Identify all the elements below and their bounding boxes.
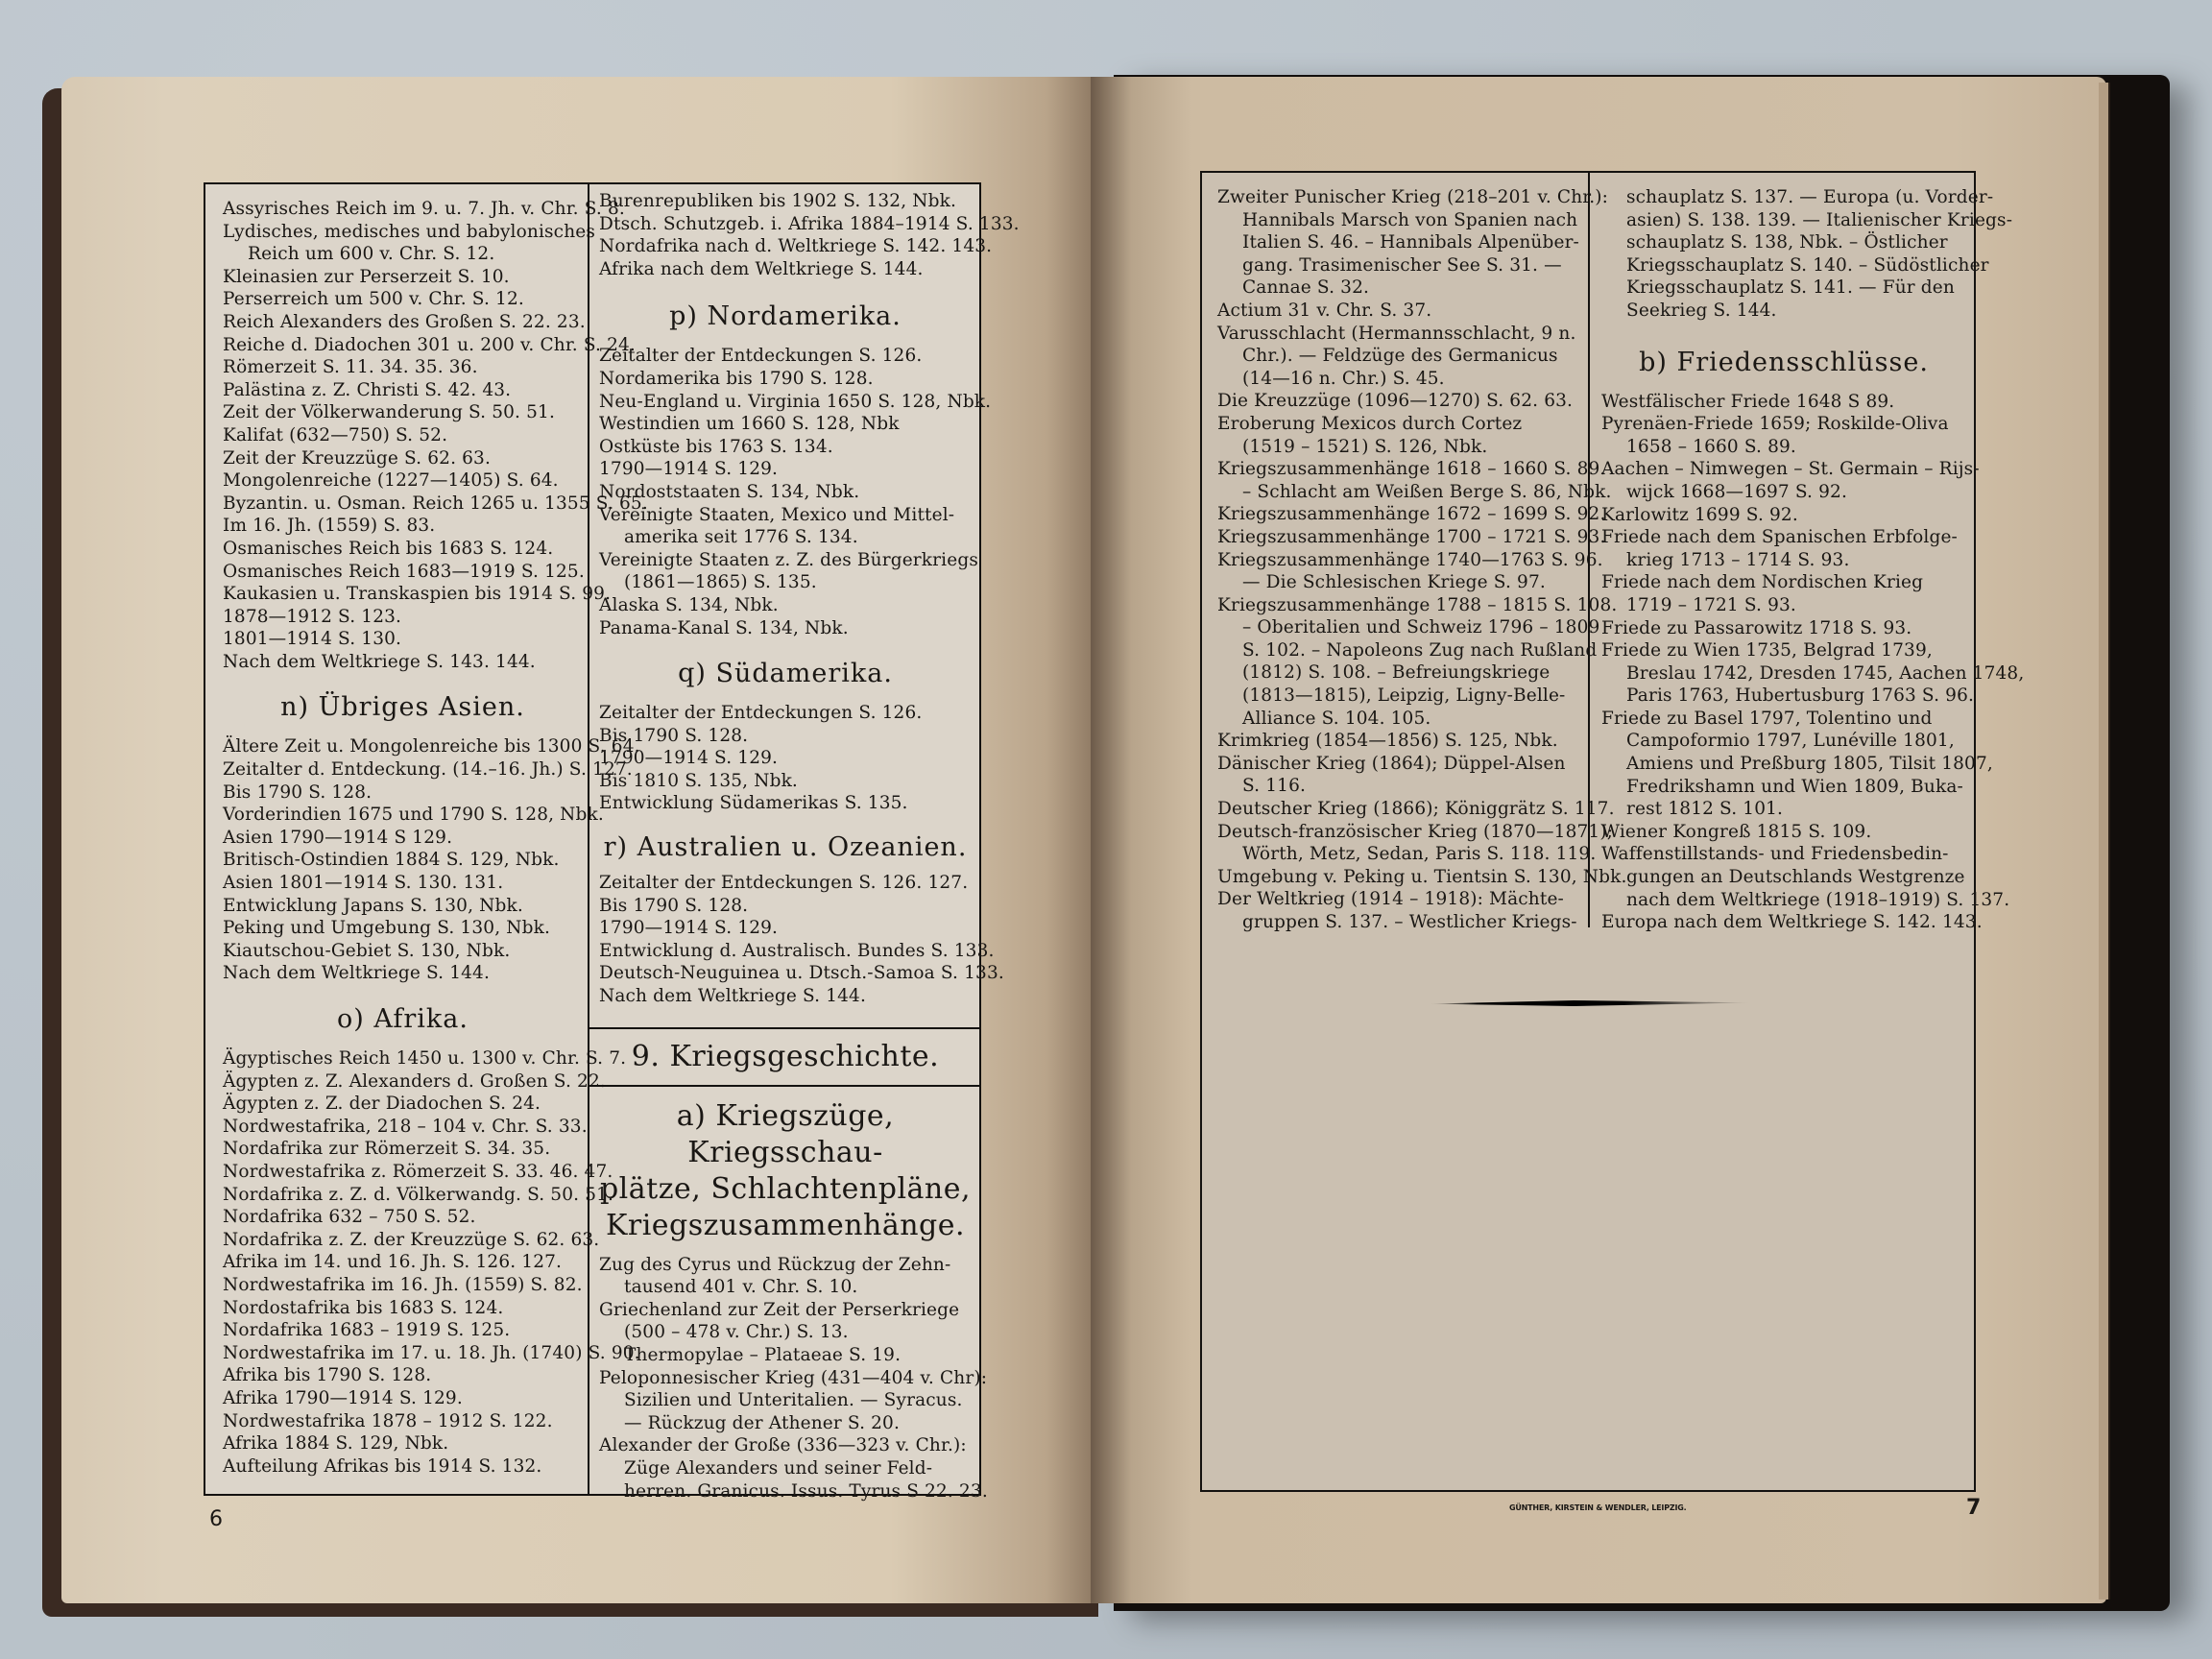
entry-text: Osmanisches Reich 1683—1919 S. 125. (223, 562, 585, 582)
index-entry: S. 102. – Napoleons Zug nach Rußland (1217, 639, 1592, 662)
entry-text: Mongolenreiche (1227—1405) S. 64. (223, 470, 559, 491)
entry-continuation: Thermopylae – Plataeae S. 19. (599, 1344, 972, 1367)
index-entry: Fredrikshamn und Wien 1809, Buka- (1601, 776, 1966, 799)
entry-text: Nordafrika z. Z. der Kreuzzüge S. 62. 63… (223, 1230, 599, 1250)
index-entry: Wiener Kongreß 1815 S. 109. (1601, 821, 1966, 844)
entry-text: Ägypten z. Z. der Diadochen S. 24. (223, 1094, 541, 1114)
index-entry: Ägypten z. Z. der Diadochen S. 24. (223, 1093, 583, 1116)
index-entry: Aufteilung Afrikas bis 1914 S. 132. (223, 1455, 583, 1479)
index-entry: Zug des Cyrus und Rückzug der Zehn-tause… (599, 1254, 972, 1299)
index-entry: Zeitalter der Entdeckungen S. 126. 127. (599, 872, 972, 895)
index-entry: Waffenstillstands- und Friedensbedin-gun… (1601, 843, 1966, 888)
entry-text: Zeitalter der Entdeckungen S. 126. (599, 346, 922, 366)
index-entry: Kriegszusammenhänge 1700 – 1721 S. 93. (1217, 526, 1592, 549)
entry-text: Europa nach dem Weltkriege S. 142. 143. (1601, 912, 1983, 932)
entry-text: Entwicklung Japans S. 130, Nbk. (223, 896, 523, 916)
chapter-heading-9: 9. Kriegsgeschichte. (589, 1039, 981, 1075)
entry-continuation: Reich um 600 v. Chr. S. 12. (223, 243, 583, 266)
index-entry: Friede nach dem Nordischen Krieg1719 – 1… (1601, 571, 1966, 616)
index-entry: Nordafrika nach d. Weltkriege S. 142. 14… (599, 235, 972, 258)
entry-continuation: gang. Trasimenischer See S. 31. — (1217, 254, 1592, 277)
index-entry: Byzantin. u. Osman. Reich 1265 u. 1355 S… (223, 493, 583, 516)
entry-continuation: Cannae S. 32. (1217, 276, 1592, 300)
entry-text: Friede zu Wien 1735, Belgrad 1739, (1601, 640, 1933, 661)
entry-text: Entwicklung d. Australisch. Bundes S. 13… (599, 941, 995, 961)
index-entry: Krimkrieg (1854—1856) S. 125, Nbk. (1217, 730, 1592, 753)
index-entry: Amiens und Preßburg 1805, Tilsit 1807, (1601, 753, 1966, 776)
entry-text: Karlowitz 1699 S. 92. (1601, 505, 1798, 525)
index-entry: Palästina z. Z. Christi S. 42. 43. (223, 379, 583, 402)
entry-text: Nach dem Weltkriege S. 144. (599, 986, 866, 1006)
index-entry: Kriegsschauplatz S. 140. – Südöstlicher (1601, 254, 1966, 277)
entry-text: Zeitalter d. Entdeckung. (14.–16. Jh.) S… (223, 759, 633, 780)
entry-text: Nordafrika 632 – 750 S. 52. (223, 1207, 476, 1227)
index-entry: Friede zu Passarowitz 1718 S. 93. (1601, 617, 1966, 640)
entry-text: Westindien um 1660 S. 128, Nbk (599, 414, 900, 434)
index-entry: Nordamerika bis 1790 S. 128. (599, 368, 972, 391)
entry-continuation: rest 1812 S. 101. (1601, 798, 1966, 821)
entry-continuation: Alliance S. 104. 105. (1217, 708, 1592, 731)
index-entry: Peloponnesischer Krieg (431—404 v. Chr):… (599, 1367, 972, 1412)
index-entry: Deutscher Krieg (1866); Königgrätz S. 11… (1217, 798, 1592, 821)
index-entry: Afrika im 14. und 16. Jh. S. 126. 127. (223, 1251, 583, 1274)
index-entry: Cannae S. 32. (1217, 276, 1592, 300)
entry-text: Neu-England u. Virginia 1650 S. 128, Nbk… (599, 392, 991, 412)
index-entry: Nordwestafrika im 17. u. 18. Jh. (1740) … (223, 1342, 583, 1365)
entry-continuation: gruppen S. 137. – Westlicher Kriegs- (1217, 911, 1592, 934)
index-entry: Deutsch-Neuguinea u. Dtsch.-Samoa S. 133… (599, 962, 972, 985)
entry-text: Nordwestafrika im 16. Jh. (1559) S. 82. (223, 1275, 583, 1295)
index-entry: Asien 1801—1914 S. 130. 131. (223, 872, 583, 895)
index-entry: Assyrisches Reich im 9. u. 7. Jh. v. Chr… (223, 198, 583, 221)
index-entry: Kaukasien u. Transkaspien bis 1914 S. 99… (223, 583, 583, 606)
entry-continuation: krieg 1713 – 1714 S. 93. (1601, 549, 1966, 572)
entry-text: Kriegszusammenhänge 1740—1763 S. 96. (1217, 550, 1603, 570)
index-entry: Kriegsschauplatz S. 141. — Für den (1601, 276, 1966, 300)
index-entry: Entwicklung d. Australisch. Bundes S. 13… (599, 940, 972, 963)
entry-text: Entwicklung Südamerikas S. 135. (599, 793, 908, 813)
index-entry: schauplatz S. 137. — Europa (u. Vorder- (1601, 186, 1966, 209)
entry-text: Dtsch. Schutzgeb. i. Afrika 1884–1914 S.… (599, 214, 1020, 234)
index-entry: Afrika bis 1790 S. 128. (223, 1364, 583, 1387)
index-entry: Nordafrika 632 – 750 S. 52. (223, 1206, 583, 1229)
entry-continuation: asien) S. 138. 139. — Italienischer Krie… (1601, 209, 1966, 232)
printer-imprint: GÜNTHER, KIRSTEIN & WENDLER, LEIPZIG. (1509, 1503, 1686, 1512)
entry-text: 1878—1912 S. 123. (223, 607, 401, 627)
index-entry: Osmanisches Reich 1683—1919 S. 125. (223, 561, 583, 584)
index-entry: Kriegszusammenhänge 1788 – 1815 S. 108.–… (1217, 594, 1592, 639)
entry-text: Die Kreuzzüge (1096—1270) S. 62. 63. (1217, 391, 1573, 411)
index-entry: Alaska S. 134, Nbk. (599, 594, 972, 617)
entry-continuation: Italien S. 46. – Hannibals Alpenüber- (1217, 231, 1592, 254)
index-entry: (1813—1815), Leipzig, Ligny-Belle- (1217, 685, 1592, 708)
entry-continuation: Kriegsschauplatz S. 141. — Für den (1601, 276, 1966, 300)
index-entry: Mongolenreiche (1227—1405) S. 64. (223, 469, 583, 493)
entry-text: Im 16. Jh. (1559) S. 83. (223, 516, 435, 536)
index-entry: Nordafrika 1683 – 1919 S. 125. (223, 1319, 583, 1342)
entry-text: Vereinigte Staaten, Mexico und Mittel- (599, 505, 954, 525)
entry-continuation: wijck 1668—1697 S. 92. (1601, 481, 1966, 504)
index-entry: 1790—1914 S. 129. (599, 747, 972, 770)
entry-continuation: (14—16 n. Chr.) S. 45. (1217, 368, 1592, 391)
left-column-2: Burenrepubliken bis 1902 S. 132, Nbk.Dts… (599, 184, 972, 1494)
entry-continuation: Hannibals Marsch von Spanien nach (1217, 209, 1592, 232)
index-entry: Nach dem Weltkriege S. 144. (223, 962, 583, 985)
section-heading-p: p) Nordamerika. (599, 301, 972, 331)
left-column-1: Assyrisches Reich im 9. u. 7. Jh. v. Chr… (223, 184, 583, 1494)
index-entry: Dtsch. Schutzgeb. i. Afrika 1884–1914 S.… (599, 213, 972, 236)
entry-continuation: 1658 – 1660 S. 89. (1601, 436, 1966, 459)
entry-text: Nordwestafrika, 218 – 104 v. Chr. S. 33. (223, 1117, 588, 1137)
index-entry: Panama-Kanal S. 134, Nbk. (599, 617, 972, 640)
index-entry: Nordostafrika bis 1683 S. 124. (223, 1297, 583, 1320)
index-entry: Afrika 1790—1914 S. 129. (223, 1387, 583, 1410)
entry-text: Kiautschou-Gebiet S. 130, Nbk. (223, 941, 510, 961)
entry-text: Nordafrika 1683 – 1919 S. 125. (223, 1320, 510, 1340)
entry-text: Perserreich um 500 v. Chr. S. 12. (223, 289, 524, 309)
index-entry: Westfälischer Friede 1648 S 89. (1601, 391, 1966, 414)
entry-text: Nordwestafrika im 17. u. 18. Jh. (1740) … (223, 1343, 640, 1363)
entry-continuation: (1861—1865) S. 135. (599, 571, 972, 594)
index-entry: Actium 31 v. Chr. S. 37. (1217, 300, 1592, 323)
index-entry: Perserreich um 500 v. Chr. S. 12. (223, 288, 583, 311)
entry-text: Nordafrika z. Z. d. Völkerwandg. S. 50. … (223, 1185, 613, 1205)
index-entry: Ägypten z. Z. Alexanders d. Großen S. 22… (223, 1070, 583, 1094)
entry-text: Bis 1790 S. 128. (599, 726, 748, 746)
index-entry: gang. Trasimenischer See S. 31. — (1217, 254, 1592, 277)
index-entry: Dänischer Krieg (1864); Düppel-AlsenS. 1… (1217, 753, 1592, 798)
index-entry: Asien 1790—1914 S 129. (223, 827, 583, 850)
entry-text: 1801—1914 S. 130. (223, 629, 401, 649)
entry-text: Deutscher Krieg (1866); Königgrätz S. 11… (1217, 799, 1615, 819)
entry-text: Kriegszusammenhänge 1618 – 1660 S. 89. (1217, 459, 1605, 479)
entry-continuation: schauplatz S. 138, Nbk. – Östlicher (1601, 231, 1966, 254)
index-entry: nach dem Weltkriege (1918–1919) S. 137. (1601, 889, 1966, 912)
index-entry: Die Kreuzzüge (1096—1270) S. 62. 63. (1217, 390, 1592, 413)
index-entry: Alexander der Große (336—323 v. Chr.):Zü… (599, 1434, 972, 1479)
index-entry: Bis 1790 S. 128. (599, 725, 972, 748)
entry-text: Vorderindien 1675 und 1790 S. 128, Nbk. (223, 805, 604, 825)
entry-text: Nach dem Weltkriege S. 144. (223, 963, 490, 983)
index-entry: Kriegszusammenhänge 1740—1763 S. 96.— Di… (1217, 549, 1592, 594)
entry-text: Byzantin. u. Osman. Reich 1265 u. 1355 S… (223, 493, 648, 514)
entry-continuation: – Oberitalien und Schweiz 1796 – 1809 (1217, 616, 1592, 639)
entry-continuation: Amiens und Preßburg 1805, Tilsit 1807, (1601, 753, 1966, 776)
index-entry: Bis 1790 S. 128. (599, 895, 972, 918)
index-entry: Zeitalter d. Entdeckung. (14.–16. Jh.) S… (223, 758, 583, 781)
entry-continuation: gungen an Deutschlands Westgrenze (1601, 866, 1966, 889)
index-entry: Alliance S. 104. 105. (1217, 708, 1592, 731)
entry-text: Ägypten z. Z. Alexanders d. Großen S. 22… (223, 1071, 606, 1092)
entry-text: Waffenstillstands- und Friedensbedin- (1601, 844, 1949, 864)
entry-text: Nordafrika nach d. Weltkriege S. 142. 14… (599, 236, 992, 256)
entry-text: Friede zu Passarowitz 1718 S. 93. (1601, 618, 1911, 638)
entry-text: Nordwestafrika z. Römerzeit S. 33. 46. 4… (223, 1162, 613, 1182)
entry-continuation: Campoformio 1797, Lunéville 1801, (1601, 730, 1966, 753)
index-entry: Zeitalter der Entdeckungen S. 126. (599, 702, 972, 725)
entry-text: Reich Alexanders des Großen S. 22. 23. (223, 312, 586, 332)
index-entry: — Rückzug der Athener S. 20. (599, 1412, 972, 1435)
entry-text: Wiener Kongreß 1815 S. 109. (1601, 822, 1871, 842)
entry-text: Friede zu Basel 1797, Tolentino und (1601, 709, 1933, 729)
index-entry: Nach dem Weltkriege S. 144. (599, 985, 972, 1008)
index-entry: Friede nach dem Spanischen Erbfolge-krie… (1601, 526, 1966, 571)
entry-text: Kleinasien zur Perserzeit S. 10. (223, 267, 510, 287)
entry-text: Afrika 1884 S. 129, Nbk. (223, 1433, 448, 1454)
index-entry: Zeit der Kreuzzüge S. 62. 63. (223, 447, 583, 470)
right-page-index-frame: Zweiter Punischer Krieg (218–201 v. Chr.… (1200, 171, 1976, 1492)
entry-text: Asien 1801—1914 S. 130. 131. (223, 873, 503, 893)
entry-text: Ältere Zeit u. Mongolenreiche bis 1300 S… (223, 736, 640, 757)
index-entry: Nordafrika z. Z. d. Völkerwandg. S. 50. … (223, 1184, 583, 1207)
index-entry: Friede zu Wien 1735, Belgrad 1739,Bresla… (1601, 639, 1966, 685)
index-entry: Nach dem Weltkriege S. 143. 144. (223, 651, 583, 674)
entry-text: Friede nach dem Nordischen Krieg (1601, 572, 1923, 592)
section-heading-n: n) Übriges Asien. (223, 692, 583, 722)
index-entry: Lydisches, medisches und babylonischesRe… (223, 221, 583, 266)
entry-text: Burenrepubliken bis 1902 S. 132, Nbk. (599, 191, 956, 211)
entry-continuation: — Rückzug der Athener S. 20. (599, 1412, 972, 1435)
section-heading-a: a) Kriegszüge, Kriegsschau- plätze, Schl… (599, 1098, 972, 1244)
entry-continuation: Sizilien und Unteritalien. — Syracus. (599, 1389, 972, 1412)
index-entry: Kriegszusammenhänge 1618 – 1660 S. 89.– … (1217, 458, 1592, 503)
index-entry: Ägyptisches Reich 1450 u. 1300 v. Chr. S… (223, 1047, 583, 1070)
page-number-right: 7 (1966, 1496, 1981, 1520)
column-divider (588, 184, 589, 1494)
index-entry: Im 16. Jh. (1559) S. 83. (223, 515, 583, 538)
entry-text: Afrika bis 1790 S. 128. (223, 1365, 431, 1385)
chapter-heading-box: 9. Kriegsgeschichte. (589, 1027, 981, 1087)
entry-text: Lydisches, medisches und babylonisches (223, 222, 595, 242)
entry-continuation: Fredrikshamn und Wien 1809, Buka- (1601, 776, 1966, 799)
entry-text: 1790—1914 S. 129. (599, 918, 778, 938)
entry-text: Britisch-Ostindien 1884 S. 129, Nbk. (223, 850, 560, 870)
entry-text: Zeit der Völkerwanderung S. 50. 51. (223, 402, 555, 422)
entry-continuation: Wörth, Metz, Sedan, Paris S. 118. 119. (1217, 843, 1592, 866)
entry-text: Zeitalter der Entdeckungen S. 126. (599, 703, 922, 723)
entry-text: Bis 1810 S. 135, Nbk. (599, 771, 798, 791)
index-entry: asien) S. 138. 139. — Italienischer Krie… (1601, 209, 1966, 232)
index-entry: Bis 1790 S. 128. (223, 781, 583, 805)
index-entry: 1878—1912 S. 123. (223, 606, 583, 629)
section-heading-b: b) Friedensschlüsse. (1601, 348, 1966, 377)
index-entry: Britisch-Ostindien 1884 S. 129, Nbk. (223, 849, 583, 872)
index-entry: Neu-England u. Virginia 1650 S. 128, Nbk… (599, 391, 972, 414)
entry-text: 1790—1914 S. 129. (599, 459, 778, 479)
entry-text: Nordamerika bis 1790 S. 128. (599, 369, 874, 389)
index-entry: Varusschlacht (Hermannsschlacht, 9 n.Chr… (1217, 323, 1592, 368)
index-entry: 1790—1914 S. 129. (599, 917, 972, 940)
index-entry: Bis 1810 S. 135, Nbk. (599, 770, 972, 793)
page-number-left: 6 (209, 1507, 223, 1531)
index-entry: Entwicklung Japans S. 130, Nbk. (223, 895, 583, 918)
entry-text: Varusschlacht (Hermannsschlacht, 9 n. (1217, 324, 1575, 344)
entry-text: Deutsch-Neuguinea u. Dtsch.-Samoa S. 133… (599, 963, 1004, 983)
entry-text: Nordostafrika bis 1683 S. 124. (223, 1298, 503, 1318)
entry-text: Aufteilung Afrikas bis 1914 S. 132. (223, 1456, 541, 1477)
index-entry: Entwicklung Südamerikas S. 135. (599, 792, 972, 815)
index-entry: Nordafrika zur Römerzeit S. 34. 35. (223, 1138, 583, 1161)
index-entry: Nordwestafrika im 16. Jh. (1559) S. 82. (223, 1274, 583, 1297)
entry-continuation: S. 102. – Napoleons Zug nach Rußland (1217, 639, 1592, 662)
entry-text: Kalifat (632—750) S. 52. (223, 425, 447, 445)
index-entry: Seekrieg S. 144. (1601, 300, 1966, 323)
entry-text: Ostküste bis 1763 S. 134. (599, 437, 833, 457)
entry-continuation: Seekrieg S. 144. (1601, 300, 1966, 323)
index-entry: Thermopylae – Plataeae S. 19. (599, 1344, 972, 1367)
index-entry: Afrika 1884 S. 129, Nbk. (223, 1432, 583, 1455)
entry-text: Friede nach dem Spanischen Erbfolge- (1601, 527, 1958, 547)
index-entry: Griechenland zur Zeit der Perserkriege(5… (599, 1299, 972, 1344)
index-entry: schauplatz S. 138, Nbk. – Östlicher (1601, 231, 1966, 254)
entry-text: Afrika nach dem Weltkriege S. 144. (599, 259, 924, 279)
entry-text: Panama-Kanal S. 134, Nbk. (599, 618, 849, 638)
index-entry: Aachen – Nimwegen – St. Germain – Rijs-w… (1601, 458, 1966, 503)
index-entry: Friede zu Basel 1797, Tolentino undCampo… (1601, 708, 1966, 753)
entry-text: Reiche d. Diadochen 301 u. 200 v. Chr. S… (223, 335, 636, 355)
index-entry: Der Weltkrieg (1914 – 1918): Mächte-grup… (1217, 888, 1592, 933)
entry-text: Römerzeit S. 11. 34. 35. 36. (223, 357, 478, 377)
index-entry: 1790—1914 S. 129. (599, 458, 972, 481)
entry-continuation: – Schlacht am Weißen Berge S. 86, Nbk. (1217, 481, 1592, 504)
entry-text: Zweiter Punischer Krieg (218–201 v. Chr.… (1217, 187, 1608, 207)
entry-text: Umgebung v. Peking u. Tientsin S. 130, N… (1217, 867, 1627, 887)
index-entry: rest 1812 S. 101. (1601, 798, 1966, 821)
entry-text: Nordafrika zur Römerzeit S. 34. 35. (223, 1139, 550, 1159)
entry-continuation: (1813—1815), Leipzig, Ligny-Belle- (1217, 685, 1592, 708)
index-entry: Nordwestafrika 1878 – 1912 S. 122. (223, 1410, 583, 1433)
entry-text: Krimkrieg (1854—1856) S. 125, Nbk. (1217, 731, 1558, 751)
entry-continuation: Paris 1763, Hubertusburg 1763 S. 96. (1601, 685, 1966, 708)
entry-text: Nordoststaaten S. 134, Nbk. (599, 482, 859, 502)
index-entry: Westindien um 1660 S. 128, Nbk (599, 413, 972, 436)
entry-text: Vereinigte Staaten z. Z. des Bürgerkrieg… (599, 550, 978, 570)
entry-text: Ägyptisches Reich 1450 u. 1300 v. Chr. S… (223, 1048, 626, 1069)
entry-text: Kriegszusammenhänge 1700 – 1721 S. 93. (1217, 527, 1605, 547)
entry-text: Osmanisches Reich bis 1683 S. 124. (223, 539, 553, 559)
entry-continuation: amerika seit 1776 S. 134. (599, 526, 972, 549)
index-entry: (14—16 n. Chr.) S. 45. (1217, 368, 1592, 391)
index-entry: Umgebung v. Peking u. Tientsin S. 130, N… (1217, 866, 1592, 889)
entry-continuation: Kriegsschauplatz S. 140. – Südöstlicher (1601, 254, 1966, 277)
page-edges (2099, 83, 2110, 1599)
entry-text: Kriegszusammenhänge 1672 – 1699 S. 92. (1217, 504, 1605, 524)
entry-text: Zeit der Kreuzzüge S. 62. 63. (223, 448, 491, 469)
entry-continuation: schauplatz S. 137. — Europa (u. Vorder- (1601, 186, 1966, 209)
entry-text: Bis 1790 S. 128. (599, 896, 748, 916)
entry-text: Alaska S. 134, Nbk. (599, 595, 779, 615)
entry-text: Zug des Cyrus und Rückzug der Zehn- (599, 1255, 950, 1275)
entry-text: Assyrisches Reich im 9. u. 7. Jh. v. Chr… (223, 199, 625, 219)
section-heading-q: q) Südamerika. (599, 659, 972, 688)
index-entry: (1812) S. 108. – Befreiungskriege (1217, 661, 1592, 685)
entry-text: Palästina z. Z. Christi S. 42. 43. (223, 380, 511, 400)
entry-text: Nordwestafrika 1878 – 1912 S. 122. (223, 1411, 553, 1431)
entry-text: Afrika im 14. und 16. Jh. S. 126. 127. (223, 1252, 562, 1272)
index-entry: Afrika nach dem Weltkriege S. 144. (599, 258, 972, 281)
section-heading-o: o) Afrika. (223, 1004, 583, 1034)
entry-continuation: (500 – 478 v. Chr.) S. 13. (599, 1321, 972, 1344)
entry-continuation: — Die Schlesischen Kriege S. 97. (1217, 571, 1592, 594)
entry-continuation: S. 116. (1217, 775, 1592, 798)
index-entry: Nordafrika z. Z. der Kreuzzüge S. 62. 63… (223, 1229, 583, 1252)
index-entry: Reich Alexanders des Großen S. 22. 23. (223, 311, 583, 334)
entry-continuation: Breslau 1742, Dresden 1745, Aachen 1748, (1601, 662, 1966, 685)
index-entry: Pyrenäen-Friede 1659; Roskilde-Oliva1658… (1601, 413, 1966, 458)
index-entry: Nordoststaaten S. 134, Nbk. (599, 481, 972, 504)
entry-continuation: Chr.). — Feldzüge des Germanicus (1217, 345, 1592, 368)
entry-text: Alexander der Große (336—323 v. Chr.): (599, 1435, 967, 1455)
index-entry: Karlowitz 1699 S. 92. (1601, 504, 1966, 527)
entry-continuation: herren. Granicus. Issus. Tyrus S 22. 23. (599, 1480, 972, 1503)
index-entry: herren. Granicus. Issus. Tyrus S 22. 23. (599, 1480, 972, 1503)
section-heading-r: r) Australien u. Ozeanien. (599, 832, 972, 862)
index-entry: Eroberung Mexicos durch Cortez(1519 – 15… (1217, 413, 1592, 458)
entry-text: Bis 1790 S. 128. (223, 782, 372, 803)
index-entry: Kiautschou-Gebiet S. 130, Nbk. (223, 940, 583, 963)
entry-text: Nach dem Weltkriege S. 143. 144. (223, 652, 536, 672)
index-entry: 1801—1914 S. 130. (223, 628, 583, 651)
index-entry: Römerzeit S. 11. 34. 35. 36. (223, 356, 583, 379)
entry-text: Peloponnesischer Krieg (431—404 v. Chr): (599, 1368, 987, 1388)
left-page-index-frame: Assyrisches Reich im 9. u. 7. Jh. v. Chr… (204, 182, 981, 1496)
index-entry: Italien S. 46. – Hannibals Alpenüber- (1217, 231, 1592, 254)
index-entry: Ältere Zeit u. Mongolenreiche bis 1300 S… (223, 735, 583, 758)
index-entry: Kalifat (632—750) S. 52. (223, 424, 583, 447)
entry-continuation: (1812) S. 108. – Befreiungskriege (1217, 661, 1592, 685)
index-entry: Europa nach dem Weltkriege S. 142. 143. (1601, 911, 1966, 934)
entry-text: Dänischer Krieg (1864); Düppel-Alsen (1217, 754, 1566, 774)
entry-continuation: Züge Alexanders und seiner Feld- (599, 1457, 972, 1480)
index-entry: Nordwestafrika, 218 – 104 v. Chr. S. 33. (223, 1116, 583, 1139)
entry-text: Kriegszusammenhänge 1788 – 1815 S. 108. (1217, 595, 1617, 615)
index-entry: Kriegszusammenhänge 1672 – 1699 S. 92. (1217, 503, 1592, 526)
index-entry: Ostküste bis 1763 S. 134. (599, 436, 972, 459)
index-entry: Deutsch-französischer Krieg (1870—1871);… (1217, 821, 1592, 866)
index-entry: Paris 1763, Hubertusburg 1763 S. 96. (1601, 685, 1966, 708)
entry-text: 1790—1914 S. 129. (599, 748, 778, 768)
entry-text: Der Weltkrieg (1914 – 1918): Mächte- (1217, 889, 1564, 909)
entry-text: Griechenland zur Zeit der Perserkriege (599, 1300, 959, 1320)
index-entry: Zeitalter der Entdeckungen S. 126. (599, 345, 972, 368)
index-entry: Vorderindien 1675 und 1790 S. 128, Nbk. (223, 804, 583, 827)
index-entry: Burenrepubliken bis 1902 S. 132, Nbk. (599, 190, 972, 213)
index-entry: Peking und Umgebung S. 130, Nbk. (223, 917, 583, 940)
entry-text: Eroberung Mexicos durch Cortez (1217, 414, 1522, 434)
index-entry: Kleinasien zur Perserzeit S. 10. (223, 266, 583, 289)
entry-text: Westfälischer Friede 1648 S 89. (1601, 392, 1894, 412)
right-column-2: schauplatz S. 137. — Europa (u. Vorder-a… (1601, 173, 1966, 1490)
index-entry: Reiche d. Diadochen 301 u. 200 v. Chr. S… (223, 334, 583, 357)
entry-text: Pyrenäen-Friede 1659; Roskilde-Oliva (1601, 414, 1949, 434)
right-column-1: Zweiter Punischer Krieg (218–201 v. Chr.… (1217, 173, 1592, 1490)
index-entry: Nordwestafrika z. Römerzeit S. 33. 46. 4… (223, 1161, 583, 1184)
entry-continuation: nach dem Weltkriege (1918–1919) S. 137. (1601, 889, 1966, 912)
index-entry: Zeit der Völkerwanderung S. 50. 51. (223, 401, 583, 424)
index-entry: Vereinigte Staaten z. Z. des Bürgerkrieg… (599, 549, 972, 594)
entry-text: Aachen – Nimwegen – St. Germain – Rijs- (1601, 459, 1980, 479)
entry-continuation: tausend 401 v. Chr. S. 10. (599, 1276, 972, 1299)
entry-continuation: (1519 – 1521) S. 126, Nbk. (1217, 436, 1592, 459)
index-entry: Osmanisches Reich bis 1683 S. 124. (223, 538, 583, 561)
entry-text: Kaukasien u. Transkaspien bis 1914 S. 99… (223, 584, 611, 604)
entry-continuation: 1719 – 1721 S. 93. (1601, 594, 1966, 617)
entry-text: Zeitalter der Entdeckungen S. 126. 127. (599, 873, 968, 893)
entry-text: Asien 1790—1914 S 129. (223, 828, 452, 848)
column-divider (1588, 173, 1590, 927)
entry-text: Peking und Umgebung S. 130, Nbk. (223, 918, 550, 938)
entry-text: Actium 31 v. Chr. S. 37. (1217, 301, 1431, 321)
